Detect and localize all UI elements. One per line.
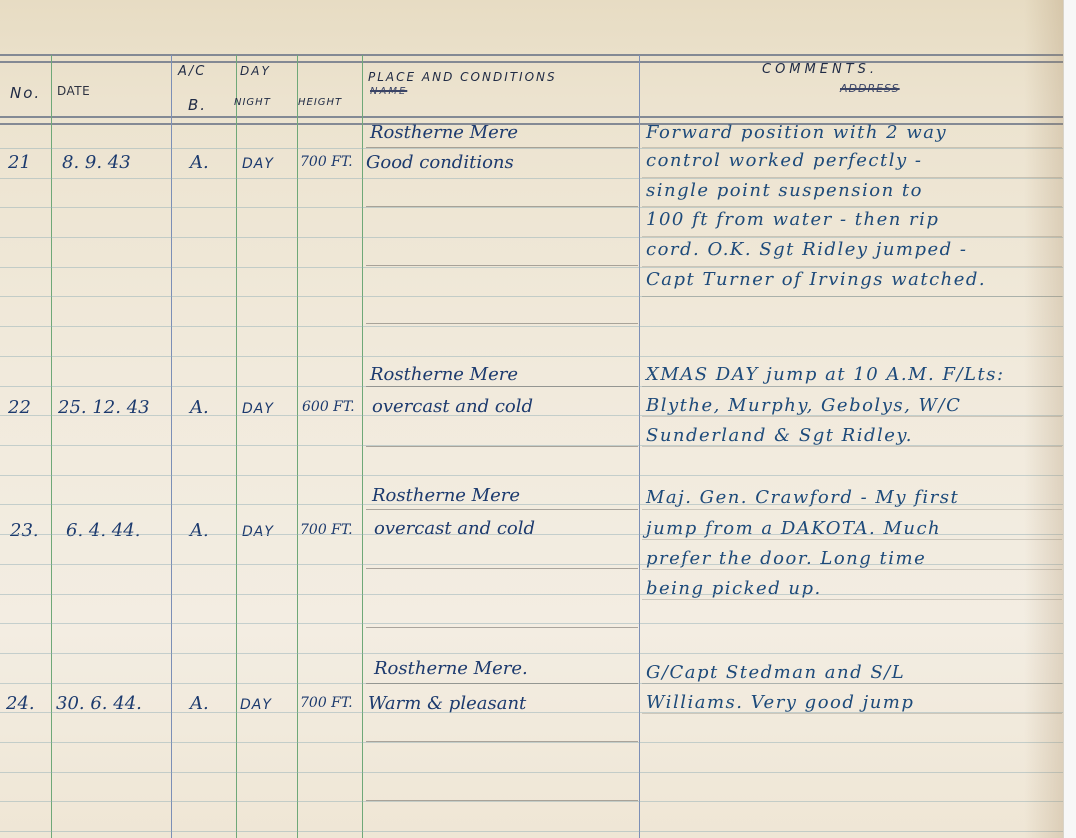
place-rule bbox=[366, 323, 638, 324]
header-place-conditions: PLACE AND CONDITIONS bbox=[368, 70, 557, 84]
ruled-line bbox=[0, 475, 1064, 476]
entry-number: 21 bbox=[8, 152, 31, 173]
entry-comment-line: cord. O.K. Sgt Ridley jumped - bbox=[646, 239, 968, 260]
entry-height: 700 FT. bbox=[300, 154, 353, 170]
place-rule bbox=[366, 741, 638, 742]
entry-place: Rostherne Mere bbox=[372, 485, 520, 506]
entry-date: 30. 6. 44. bbox=[56, 693, 142, 714]
ruled-line bbox=[0, 594, 1064, 595]
comment-rule bbox=[642, 446, 1062, 447]
entry-place: Rostherne Mere. bbox=[374, 658, 528, 679]
header-date: DATE bbox=[57, 84, 90, 98]
ruled-line bbox=[0, 504, 1064, 505]
entry-day-night: DAY bbox=[242, 524, 274, 540]
entry-comment-line: single point suspension to bbox=[646, 180, 923, 201]
entry-conditions: overcast and cold bbox=[374, 518, 535, 539]
header-height: HEIGHT bbox=[298, 97, 342, 108]
header-address-struck: ADDRESS bbox=[840, 82, 900, 95]
header-night: NIGHT bbox=[234, 97, 271, 108]
place-rule bbox=[366, 568, 638, 569]
place-rule bbox=[366, 206, 638, 207]
ruled-line bbox=[0, 653, 1064, 654]
ruled-line bbox=[0, 356, 1064, 357]
comment-rule bbox=[642, 509, 1062, 510]
entry-comment-line: 100 ft from water - then rip bbox=[646, 209, 939, 230]
entry-number: 23. bbox=[10, 520, 39, 541]
place-rule bbox=[366, 627, 638, 628]
comment-rule bbox=[642, 206, 1062, 207]
ruled-line bbox=[0, 148, 1064, 149]
comment-rule bbox=[642, 713, 1062, 714]
comment-rule bbox=[642, 569, 1062, 570]
ruled-line bbox=[0, 564, 1064, 565]
header-day: DAY bbox=[240, 64, 271, 78]
comment-rule bbox=[642, 147, 1062, 148]
page-edge bbox=[1063, 0, 1076, 838]
entry-date: 8. 9. 43 bbox=[62, 152, 131, 173]
comment-rule bbox=[642, 296, 1062, 297]
ruled-line bbox=[0, 742, 1064, 743]
column-divider bbox=[362, 55, 363, 838]
entry-comment-line: Capt Turner of Irvings watched. bbox=[646, 269, 986, 290]
place-rule bbox=[366, 446, 638, 447]
header-comments: COMMENTS. bbox=[762, 62, 878, 77]
comment-rule bbox=[642, 177, 1062, 178]
entry-day-night: DAY bbox=[242, 156, 274, 172]
entry-height: 600 FT. bbox=[302, 399, 355, 415]
entry-conditions: Good conditions bbox=[366, 152, 514, 173]
column-divider bbox=[51, 55, 52, 838]
entry-comment-line: Williams. Very good jump bbox=[646, 692, 914, 713]
logbook-page: No. DATE A/C B. DAY NIGHT HEIGHT NAME PL… bbox=[0, 0, 1064, 838]
entry-conditions: Warm & pleasant bbox=[368, 693, 526, 714]
entry-comment-line: being picked up. bbox=[646, 578, 822, 599]
entry-conditions: overcast and cold bbox=[372, 396, 533, 417]
column-divider bbox=[171, 55, 172, 838]
ruled-line bbox=[0, 801, 1064, 802]
ruled-line bbox=[0, 831, 1064, 832]
comment-rule bbox=[642, 683, 1062, 684]
ruled-line bbox=[0, 623, 1064, 624]
entry-aircraft: A. bbox=[190, 152, 209, 173]
column-divider bbox=[297, 55, 298, 838]
entry-height: 700 FT. bbox=[300, 695, 353, 711]
entry-comment-line: XMAS DAY jump at 10 A.M. F/Lts: bbox=[646, 364, 1005, 385]
entry-aircraft: A. bbox=[190, 520, 209, 541]
entry-number: 24. bbox=[6, 693, 35, 714]
ruled-line bbox=[0, 267, 1064, 268]
comment-rule bbox=[642, 386, 1062, 387]
entry-comment-line: jump from a DAKOTA. Much bbox=[646, 518, 941, 539]
place-rule bbox=[366, 147, 638, 148]
header-no: No. bbox=[10, 84, 41, 102]
comment-rule bbox=[642, 599, 1062, 600]
entry-day-night: DAY bbox=[240, 697, 272, 713]
entry-comment-line: control worked perfectly - bbox=[646, 150, 922, 171]
ruled-line bbox=[0, 178, 1064, 179]
comment-rule bbox=[642, 266, 1062, 267]
comment-rule bbox=[642, 416, 1062, 417]
entry-comment-line: G/Capt Stedman and S/L bbox=[646, 662, 905, 683]
place-rule bbox=[366, 683, 638, 684]
ruled-line bbox=[0, 772, 1064, 773]
header-top-rule bbox=[0, 54, 1064, 63]
entry-date: 6. 4. 44. bbox=[66, 520, 140, 541]
header-name-struck: NAME bbox=[370, 86, 407, 97]
place-rule bbox=[366, 800, 638, 801]
header-ac: A/C bbox=[178, 64, 206, 79]
entry-comment-line: Forward position with 2 way bbox=[646, 122, 947, 143]
entry-comment-line: Sunderland & Sgt Ridley. bbox=[646, 425, 913, 446]
entry-aircraft: A. bbox=[190, 693, 209, 714]
column-divider bbox=[236, 55, 237, 838]
entry-height: 700 FT. bbox=[300, 522, 353, 538]
entry-comment-line: Blythe, Murphy, Gebolys, W/C bbox=[646, 395, 961, 416]
comment-rule bbox=[642, 539, 1062, 540]
header-ac-b: B. bbox=[188, 96, 207, 114]
ruled-line bbox=[0, 237, 1064, 238]
ruled-line bbox=[0, 326, 1064, 327]
ruled-line bbox=[0, 534, 1064, 535]
column-divider bbox=[639, 55, 640, 838]
entry-place: Rostherne Mere bbox=[370, 364, 518, 385]
entry-place: Rostherne Mere bbox=[370, 122, 518, 143]
place-rule bbox=[366, 265, 638, 266]
entry-comment-line: prefer the door. Long time bbox=[646, 548, 926, 569]
place-rule bbox=[366, 386, 638, 387]
place-rule bbox=[366, 509, 638, 510]
comment-rule bbox=[642, 236, 1062, 237]
ruled-line bbox=[0, 207, 1064, 208]
